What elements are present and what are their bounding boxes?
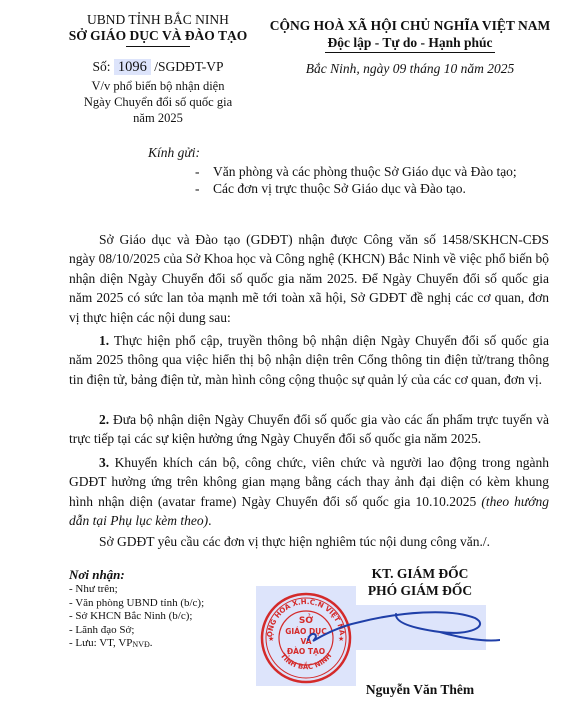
- archive-prefix: - Lưu: VT, VP: [69, 637, 132, 649]
- header-right: CỘNG HOÀ XÃ HỘI CHỦ NGHĨA VIỆT NAM Độc l…: [255, 18, 565, 53]
- header-left: UBND TỈNH BẮC NINH SỞ GIÁO DỤC VÀ ĐÀO TẠ…: [58, 12, 258, 47]
- number-suffix: /SGDĐT-VP: [154, 59, 223, 74]
- item-text: Thực hiện phổ cập, truyền thông bộ nhận …: [69, 333, 549, 387]
- item-text: Đưa bộ nhận diện Ngày Chuyển đổi số quốc…: [69, 412, 549, 446]
- body-item-1: 1. Thực hiện phổ cập, truyền thông bộ nh…: [69, 331, 549, 389]
- signature-title-block: KT. GIÁM ĐỐC PHÓ GIÁM ĐỐC: [330, 565, 510, 599]
- signer-name: Nguyễn Văn Thêm: [330, 682, 510, 698]
- department-name: SỞ GIÁO DỤC VÀ ĐÀO TẠO: [58, 28, 258, 44]
- distribution-item: - Lưu: VT, VPNVĐ.: [69, 637, 204, 652]
- signer-title: PHÓ GIÁM ĐỐC: [330, 582, 510, 599]
- item-number: 2.: [99, 412, 109, 427]
- svg-text:★: ★: [268, 635, 274, 643]
- recipient-item: -Các đơn vị trực thuộc Sở Giáo dục và Đà…: [195, 180, 466, 197]
- distribution-item: - Như trên;: [69, 583, 204, 597]
- distribution-list: Nơi nhận: - Như trên; - Văn phòng UBND t…: [69, 567, 204, 652]
- recipient-text: Các đơn vị trực thuộc Sở Giáo dục và Đào…: [213, 181, 466, 196]
- document-number: Số: 1096 /SGDĐT-VP: [58, 58, 258, 76]
- subject-line: Ngày Chuyển đổi số quốc gia: [58, 94, 258, 110]
- number-label: Số:: [92, 59, 110, 74]
- recipients-label: Kính gửi:: [148, 145, 200, 161]
- bullet-dash: -: [195, 163, 213, 180]
- archive-end: .: [150, 637, 153, 649]
- document-subject: V/v phổ biến bộ nhận diện Ngày Chuyển đổ…: [58, 78, 258, 126]
- bullet-dash: -: [195, 180, 213, 197]
- closing-paragraph: Sở GDĐT yêu cầu các đơn vị thực hiện ngh…: [69, 532, 549, 551]
- header-right-rule: [325, 52, 495, 53]
- intro-text: Sở Giáo dục và Đào tạo (GDĐT) nhận được …: [69, 232, 549, 325]
- nation-name: CỘNG HOÀ XÃ HỘI CHỦ NGHĨA VIỆT NAM: [255, 18, 565, 34]
- handwritten-signature-icon: [300, 600, 500, 660]
- item-number: 3.: [99, 455, 109, 470]
- closing-text: Sở GDĐT yêu cầu các đơn vị thực hiện ngh…: [99, 534, 490, 549]
- recipient-text: Văn phòng và các phòng thuộc Sở Giáo dục…: [213, 164, 517, 179]
- number-value: 1096: [114, 59, 151, 75]
- intro-paragraph: Sở Giáo dục và Đào tạo (GDĐT) nhận được …: [69, 230, 549, 327]
- item-text: Khuyến khích cán bộ, công chức, viên chứ…: [69, 455, 549, 509]
- body-item-2: 2. Đưa bộ nhận diện Ngày Chuyển đổi số q…: [69, 410, 549, 449]
- subject-line: V/v phổ biến bộ nhận diện: [58, 78, 258, 94]
- distribution-item: - Văn phòng UBND tỉnh (b/c);: [69, 597, 204, 611]
- item-end: .: [208, 513, 211, 528]
- recipient-item: -Văn phòng và các phòng thuộc Sở Giáo dụ…: [195, 163, 517, 180]
- subject-line: năm 2025: [58, 110, 258, 126]
- authority-name: UBND TỈNH BẮC NINH: [58, 12, 258, 28]
- distribution-item: - Lãnh đạo Sở;: [69, 624, 204, 638]
- distribution-item: - Sở KHCN Bắc Ninh (b/c);: [69, 610, 204, 624]
- item-number: 1.: [99, 333, 109, 348]
- archive-sub: NVĐ: [132, 640, 149, 649]
- national-motto: Độc lập - Tự do - Hạnh phúc: [255, 34, 565, 51]
- header-left-rule: [126, 46, 190, 47]
- body-item-3: 3. Khuyến khích cán bộ, công chức, viên …: [69, 453, 549, 531]
- on-behalf-label: KT. GIÁM ĐỐC: [330, 565, 510, 582]
- distribution-title: Nơi nhận:: [69, 567, 204, 583]
- dateline: Bắc Ninh, ngày 09 tháng 10 năm 2025: [255, 61, 565, 77]
